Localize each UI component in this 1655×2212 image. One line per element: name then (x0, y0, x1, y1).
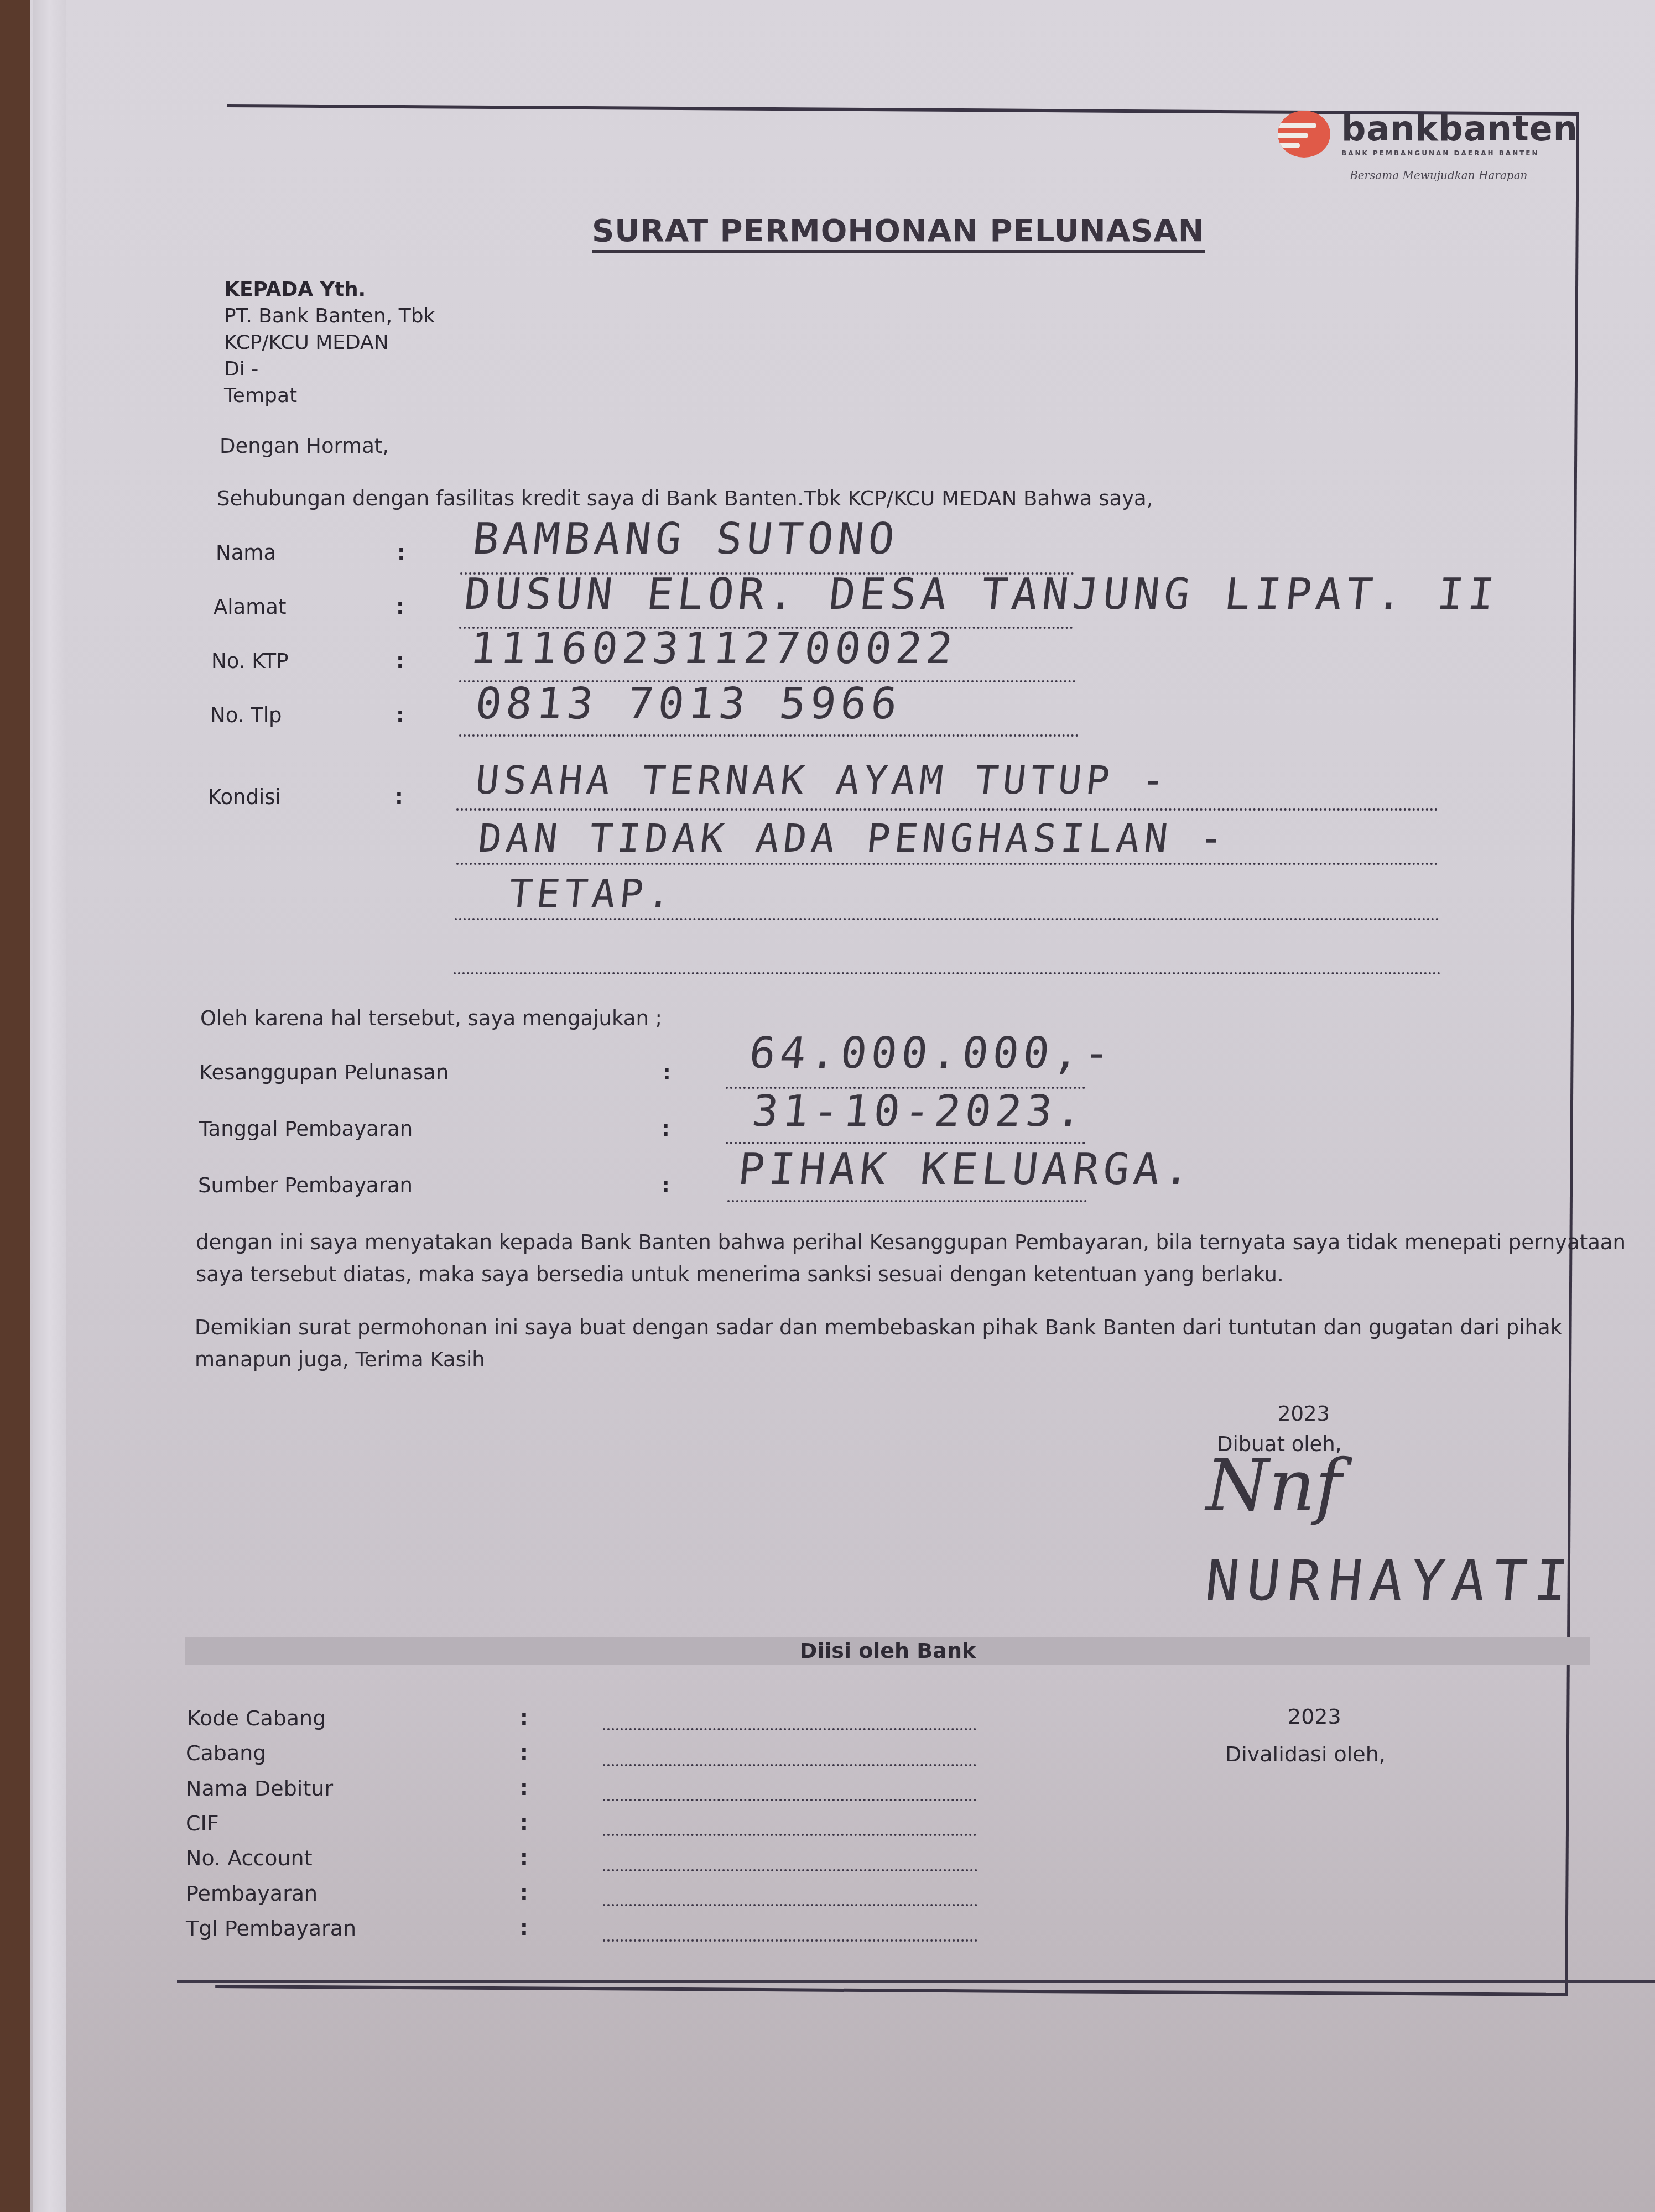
kondisi-line-3 (455, 918, 1439, 920)
validation-label: Divalidasi oleh, (1225, 1742, 1386, 1766)
bank-field-tgl-pembayaran[interactable] (603, 1939, 977, 1942)
field-label-ktp: No. KTP (211, 649, 289, 673)
field-colon: : (395, 785, 403, 809)
field-colon: : (396, 649, 404, 673)
bank-logo-icon (1278, 111, 1330, 158)
proposal-label-tanggal: Tanggal Pembayaran (199, 1117, 413, 1141)
bank-label-cabang: Cabang (186, 1741, 266, 1765)
field-colon: : (520, 1811, 528, 1835)
bank-section-header: Diisi oleh Bank (185, 1637, 1590, 1665)
recipient-block: KEPADA Yth. PT. Bank Banten, Tbk KCP/KCU… (224, 276, 435, 409)
proposal-line-sumber (727, 1200, 1087, 1202)
bank-field-no-account[interactable] (603, 1869, 977, 1871)
field-colon: : (397, 541, 405, 565)
kondisi-text-2[interactable]: DAN TIDAK ADA PENGHASILAN - (476, 816, 1230, 861)
field-label-tlp: No. Tlp (210, 703, 282, 727)
field-colon: : (520, 1916, 528, 1940)
field-label-alamat: Alamat (214, 595, 287, 619)
intro-paragraph: Sehubungan dengan fasilitas kredit saya … (217, 487, 1153, 510)
recipient-line: KCP/KCU MEDAN (224, 330, 435, 356)
bank-label-no-account: No. Account (186, 1846, 313, 1870)
bank-field-nama-debitur[interactable] (603, 1799, 976, 1801)
field-colon: : (520, 1776, 528, 1800)
bank-field-cif[interactable] (603, 1834, 976, 1836)
bank-logo-subtitle: BANK PEMBANGUNAN DAERAH BANTEN (1341, 149, 1578, 157)
greeting: Dengan Hormat, (220, 434, 389, 458)
proposal-value-kesanggupan[interactable]: 64.000.000,- (747, 1029, 1117, 1078)
bank-label-nama-debitur: Nama Debitur (186, 1776, 333, 1801)
bank-field-kode-cabang[interactable] (603, 1728, 976, 1730)
statement-paragraph: dengan ini saya menyatakan kepada Bank B… (196, 1227, 1634, 1291)
field-value-nama[interactable]: BAMBANG SUTONO (470, 514, 901, 564)
validation-year: 2023 (1288, 1704, 1341, 1729)
recipient-line: Tempat (224, 383, 435, 409)
field-value-alamat[interactable]: DUSUN ELOR. DESA TANJUNG LIPAT. II (462, 570, 1501, 619)
field-colon: : (520, 1881, 528, 1905)
kondisi-line-2 (456, 863, 1438, 865)
field-colon: : (662, 1117, 670, 1141)
proposal-label-kesanggupan: Kesanggupan Pelunasan (199, 1061, 449, 1084)
bank-label-pembayaran: Pembayaran (186, 1881, 318, 1906)
kondisi-text-1[interactable]: USAHA TERNAK AYAM TUTUP - (473, 758, 1172, 803)
bank-section-title: Diisi oleh Bank (800, 1639, 976, 1663)
bottom-rule (177, 1980, 1655, 1983)
closing-paragraph: Demikian surat permohonan ini saya buat … (195, 1312, 1589, 1376)
field-value-tlp[interactable]: 0813 7013 5966 (473, 679, 904, 729)
recipient-line: Di - (224, 356, 435, 383)
proposal-line-tanggal (726, 1142, 1085, 1144)
proposal-value-sumber[interactable]: PIHAK KELUARGA. (736, 1145, 1197, 1194)
bank-logo: bankbanten BANK PEMBANGUNAN DAERAH BANTE… (1278, 111, 1578, 158)
kondisi-text-3[interactable]: TETAP. (507, 871, 678, 916)
signature-year: 2023 (1278, 1402, 1330, 1426)
proposal-intro: Oleh karena hal tersebut, saya mengajuka… (200, 1006, 662, 1030)
recipient-line: PT. Bank Banten, Tbk (224, 303, 435, 330)
kondisi-line-4 (454, 972, 1441, 974)
signature-name: NURHAYATI (1203, 1548, 1579, 1613)
field-label-nama: Nama (216, 541, 276, 565)
proposal-value-tanggal[interactable]: 31-10-2023. (750, 1087, 1089, 1136)
paper-fold-shadow (33, 0, 66, 2212)
bank-field-cabang[interactable] (603, 1764, 976, 1766)
field-colon: : (520, 1741, 528, 1765)
bank-field-pembayaran[interactable] (603, 1904, 977, 1906)
signature-mark: Nnf (1206, 1443, 1342, 1527)
proposal-label-sumber: Sumber Pembayaran (198, 1173, 413, 1197)
bank-label-kode-cabang: Kode Cabang (187, 1706, 326, 1730)
bank-tagline: Bersama Mewujudkan Harapan (1350, 169, 1527, 182)
bank-label-cif: CIF (186, 1811, 219, 1835)
field-colon: : (396, 703, 404, 727)
bank-logo-name: bankbanten (1341, 112, 1578, 146)
field-colon: : (663, 1061, 671, 1084)
bank-label-tgl-pembayaran: Tgl Pembayaran (186, 1916, 356, 1940)
recipient-heading: KEPADA Yth. (224, 276, 435, 303)
field-colon: : (396, 595, 404, 619)
field-label-kondisi: Kondisi (208, 785, 281, 809)
field-value-ktp[interactable]: 1116023112700022 (467, 624, 959, 674)
field-colon: : (520, 1706, 528, 1730)
field-colon: : (520, 1846, 528, 1870)
kondisi-line-1 (456, 808, 1438, 811)
field-line-tlp (459, 734, 1079, 737)
document-title: SURAT PERMOHONAN PELUNASAN (592, 213, 1205, 253)
field-colon: : (662, 1173, 670, 1197)
